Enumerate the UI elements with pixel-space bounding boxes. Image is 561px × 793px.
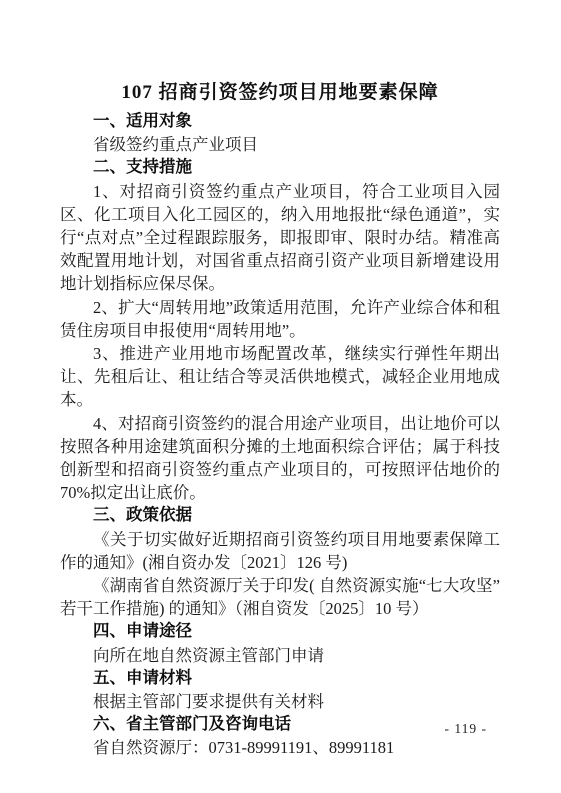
document-page: 107 招商引资签约项目用地要素保障 一、适用对象省级签约重点产业项目二、支持措… xyxy=(0,0,561,793)
section-heading: 五、申请材料 xyxy=(60,667,500,690)
paragraph: 向所在地自然资源主管部门申请 xyxy=(60,644,500,667)
paragraph: 《关于切实做好近期招商引资签约项目用地要素保障工作的通知》(湘自资办发〔2021… xyxy=(60,528,500,574)
section-heading: 二、支持措施 xyxy=(60,156,500,179)
paragraph: 1、对招商引资签约重点产业项目，符合工业项目入园区、化工项目入化工园区的，纳入用… xyxy=(60,180,500,296)
document-content: 107 招商引资签约项目用地要素保障 一、适用对象省级签约重点产业项目二、支持措… xyxy=(60,80,500,760)
paragraph: 根据主管部门要求提供有关材料 xyxy=(60,690,500,713)
section-heading: 三、政策依据 xyxy=(60,504,500,527)
page-number: - 119 - xyxy=(445,721,488,737)
paragraph: 省级签约重点产业项目 xyxy=(60,133,500,156)
paragraph: 2、扩大“周转用地”政策适用范围，允许产业综合体和租赁住房项目申报使用“周转用地… xyxy=(60,296,500,342)
section-heading: 一、适用对象 xyxy=(60,110,500,133)
document-title: 107 招商引资签约项目用地要素保障 xyxy=(60,80,500,106)
section-heading: 六、省主管部门及咨询电话 xyxy=(60,713,500,736)
document-body: 一、适用对象省级签约重点产业项目二、支持措施1、对招商引资签约重点产业项目，符合… xyxy=(60,110,500,760)
paragraph: 省自然资源厅：0731-89991191、89991181 xyxy=(60,736,500,759)
paragraph: 4、对招商引资签约的混合用途产业项目，出让地价可以按照各种用途建筑面积分摊的土地… xyxy=(60,412,500,505)
paragraph: 3、推进产业用地市场配置改革，继续实行弹性年期出让、先租后让、租让结合等灵活供地… xyxy=(60,342,500,412)
paragraph: 《湖南省自然资源厅关于印发( 自然资源实施“七大攻坚”若干工作措施) 的通知》（… xyxy=(60,574,500,620)
section-heading: 四、申请途径 xyxy=(60,620,500,643)
